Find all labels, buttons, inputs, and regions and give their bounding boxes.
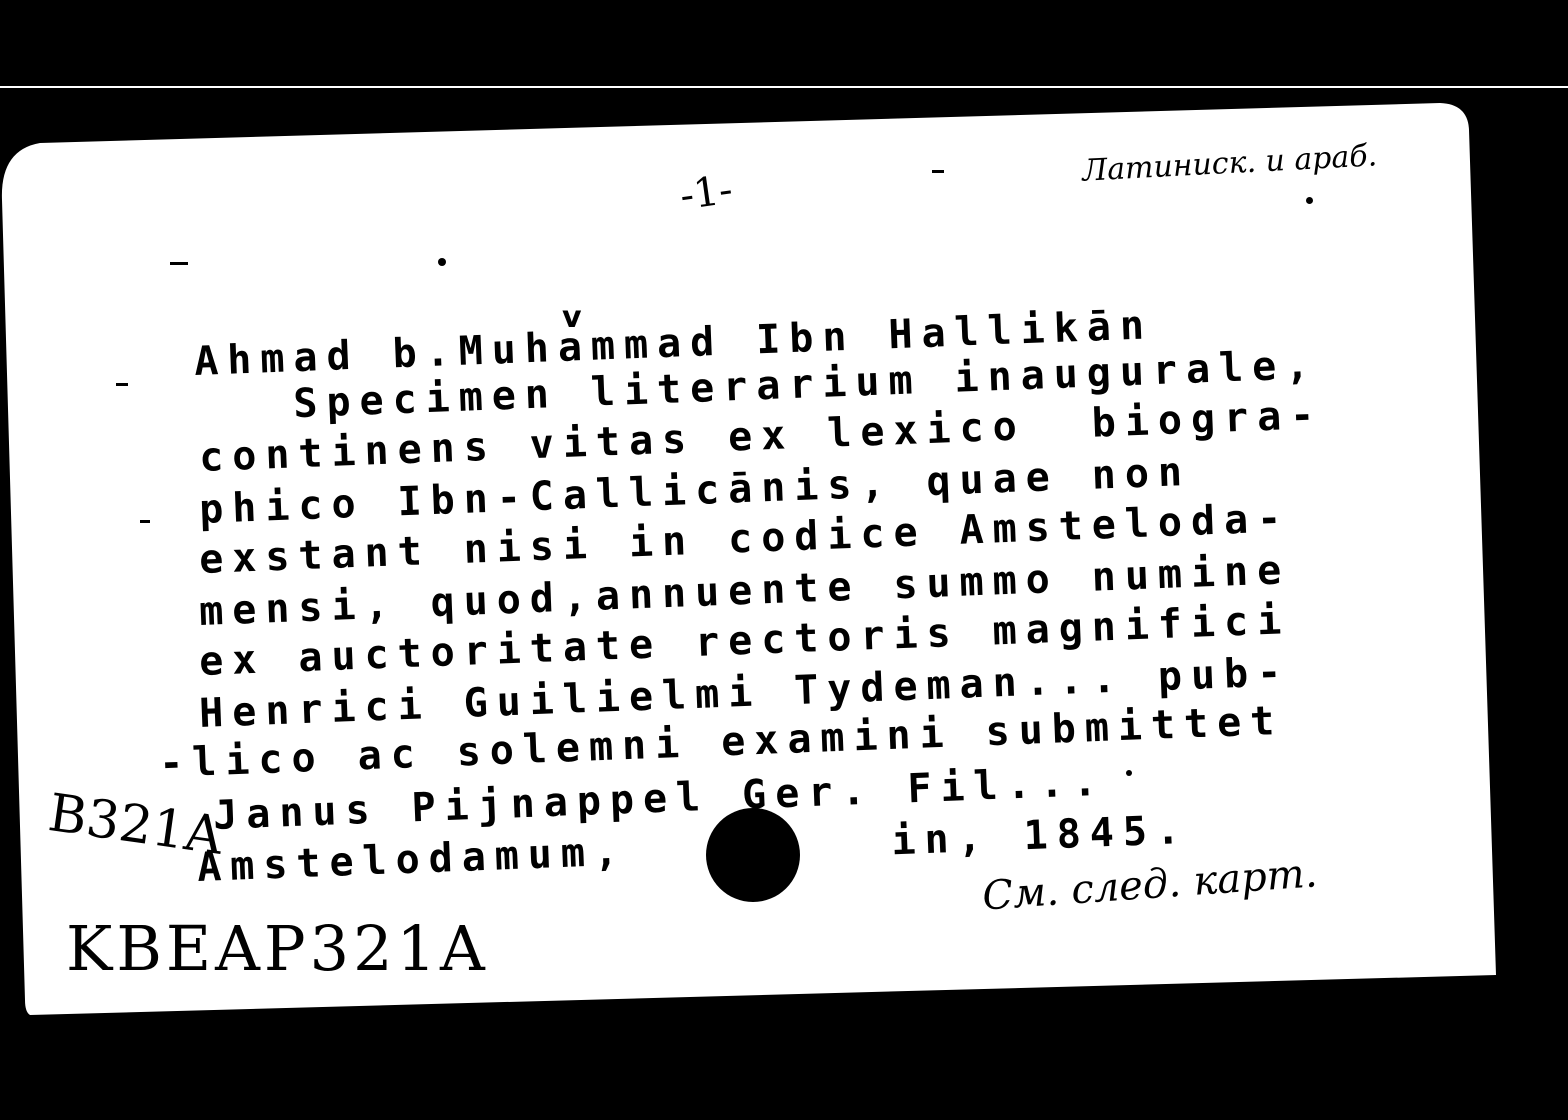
scan-speck [1126,770,1132,776]
shelf-mark-bottom: KBEAP321A [66,912,489,985]
scan-speck [932,170,944,173]
scan-speck [1306,197,1313,204]
punch-hole [706,808,800,902]
scan-speck [140,520,150,523]
card-number-mark: -1- [677,167,735,220]
scan-speck [438,258,446,266]
scan-speck [170,262,188,265]
scan-speck [116,383,128,386]
